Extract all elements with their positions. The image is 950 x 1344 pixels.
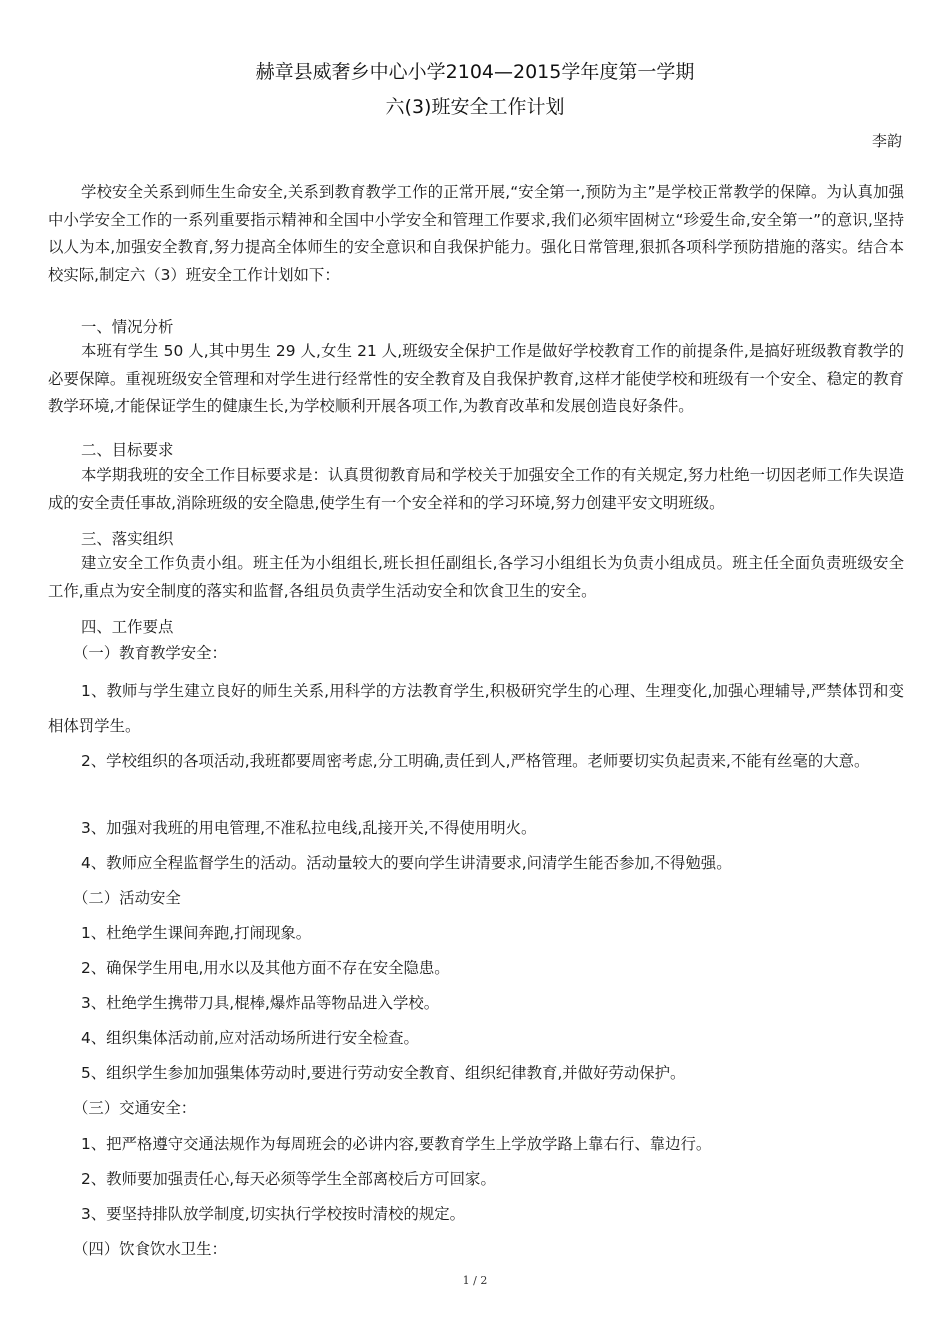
section-goals-text: 本学期我班的安全工作目标要求是：认真贯彻教育局和学校关于加强安全工作的有关规定,… [48,462,904,517]
section-organization-text: 建立安全工作负责小组。班主任为小组组长,班长担任副组长,各学习小组组长为负责小组… [48,550,904,605]
author-name: 李韵 [872,131,902,151]
document-subtitle: 六(3)班安全工作计划 [0,95,950,119]
intro-paragraph-block: 学校安全关系到师生生命安全,关系到教育教学工作的正常开展,“安全第一,预防为主”… [48,179,904,289]
section-goals-block: 本学期我班的安全工作目标要求是：认真贯彻教育局和学校关于加强安全工作的有关规定,… [48,462,904,517]
section-heading-organization: 三、落实组织 [81,529,173,549]
list-item: 2、确保学生用电,用水以及其他方面不存在安全隐患。 [81,958,450,978]
section-organization-block: 建立安全工作负责小组。班主任为小组组长,班长担任副组长,各学习小组组长为负责小组… [48,550,904,605]
subsection-heading-activity-safety: （二）活动安全 [73,888,181,908]
section-situation-text: 本班有学生 50 人,其中男生 29 人,女生 21 人,班级安全保护工作是做好… [48,338,904,421]
list-item: 1、把严格遵守交通法规作为每周班会的必讲内容,要教育学生上学放学路上靠右行、靠边… [81,1134,711,1154]
subsection-heading-teaching-safety: （一）教育教学安全： [73,643,227,663]
list-item: 1、杜绝学生课间奔跑,打闹现象。 [81,923,311,943]
section-situation-block: 本班有学生 50 人,其中男生 29 人,女生 21 人,班级安全保护工作是做好… [48,338,904,421]
document-title: 赫章县威奢乡中心小学2104—2015学年度第一学期 [0,60,950,84]
section-heading-goals: 二、目标要求 [81,440,173,460]
document-page: 赫章县威奢乡中心小学2104—2015学年度第一学期 六(3)班安全工作计划 李… [0,0,950,1344]
list-item: 3、要坚持排队放学制度,切实执行学校按时清校的规定。 [81,1204,465,1224]
subsection-heading-food-hygiene: （四）饮食饮水卫生： [73,1239,227,1259]
intro-paragraph: 学校安全关系到师生生命安全,关系到教育教学工作的正常开展,“安全第一,预防为主”… [48,179,904,289]
list-item: 2、学校组织的各项活动,我班都要周密考虑,分工明确,责任到人,严格管理。老师要切… [48,744,904,779]
list-item: 1、教师与学生建立良好的师生关系,用科学的方法教育学生,积极研究学生的心理、生理… [48,674,904,744]
section-heading-key-points: 四、工作要点 [81,617,173,637]
subsection-teaching-item-1-block: 1、教师与学生建立良好的师生关系,用科学的方法教育学生,积极研究学生的心理、生理… [48,674,904,744]
list-item: 3、加强对我班的用电管理,不准私拉电线,乱接开关,不得使用明火。 [81,818,536,838]
section-heading-situation: 一、情况分析 [81,317,173,337]
list-item: 4、组织集体活动前,应对活动场所进行安全检查。 [81,1028,419,1048]
subsection-teaching-item-2-block: 2、学校组织的各项活动,我班都要周密考虑,分工明确,责任到人,严格管理。老师要切… [48,744,904,779]
list-item: 5、组织学生参加加强集体劳动时,要进行劳动安全教育、组织纪律教育,并做好劳动保护… [81,1063,685,1083]
subsection-heading-traffic-safety: （三）交通安全： [73,1098,196,1118]
list-item: 4、教师应全程监督学生的活动。活动量较大的要向学生讲清要求,问清学生能否参加,不… [81,853,732,873]
page-number: 1 / 2 [0,1274,950,1287]
list-item: 2、教师要加强责任心,每天必须等学生全部离校后方可回家。 [81,1169,496,1189]
list-item: 3、杜绝学生携带刀具,棍棒,爆炸品等物品进入学校。 [81,993,439,1013]
